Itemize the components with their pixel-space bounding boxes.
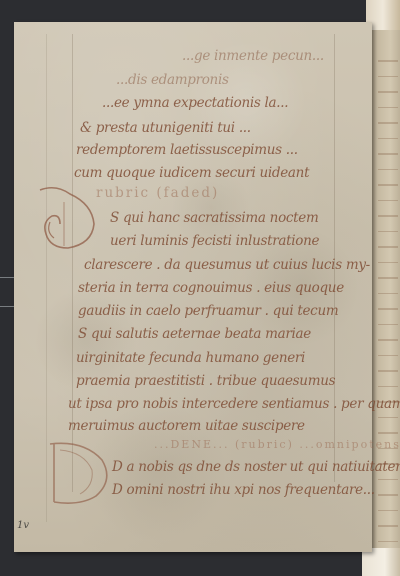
text-line: S qui salutis aeternae beata mariae xyxy=(78,326,311,342)
text-line: D omini nostri ihu xpi nos frequentare..… xyxy=(112,482,375,498)
text-line: meruimus auctorem uitae suscipere xyxy=(68,418,305,434)
decorated-initial-d xyxy=(36,182,106,252)
text-line: ueri luminis fecisti inlustratione xyxy=(110,233,319,249)
folio-number: 1v xyxy=(17,520,29,531)
text-line: cum quoque iudicem securi uideant xyxy=(74,165,309,181)
manuscript-leaf: ...ge inmente pecun... ...dis edampronis… xyxy=(14,22,372,552)
decorated-initial-d xyxy=(44,440,116,506)
book-edge-bottom xyxy=(362,548,400,576)
text-line: ...ee ymna expectationis la... xyxy=(102,95,288,111)
text-line: clarescere . da quesumus ut cuius lucis … xyxy=(84,257,370,273)
text-line: ...ge inmente pecun... xyxy=(182,48,324,64)
text-line: praemia praestitisti . tribue quaesumus xyxy=(76,373,335,389)
rubric-line: ...DENE... (rubric) ...omnipotens xyxy=(154,438,400,451)
text-line: ut ipsa pro nobis intercedere sentiamus … xyxy=(68,396,400,412)
text-line: redemptorem laetissuscepimus ... xyxy=(76,142,298,158)
text-line: & presta utunigeniti tui ... xyxy=(80,120,251,136)
text-line: D a nobis qs dne ds noster ut qui natiui… xyxy=(112,459,400,475)
rubric-line: rubric (faded) xyxy=(96,185,219,201)
text-line: ...dis edampronis xyxy=(116,72,229,88)
text-line: steria in terra cognouimus . eius quoque xyxy=(78,280,344,296)
text-block: ...ge inmente pecun... ...dis edampronis… xyxy=(14,22,372,552)
text-line: S qui hanc sacratissima noctem xyxy=(110,210,318,226)
text-line: uirginitate fecunda humano generi xyxy=(76,350,305,366)
text-line: gaudiis in caelo perfruamur . qui tecum xyxy=(78,303,338,319)
